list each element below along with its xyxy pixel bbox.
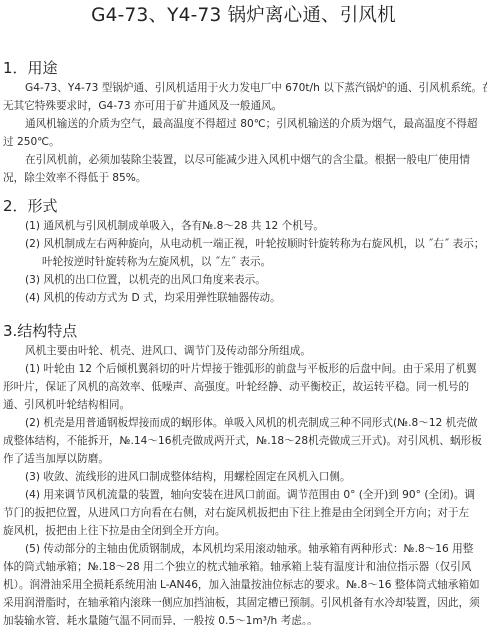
paragraph-line: 成整体结构，不能拆开，№.14～16机壳做成两开式，№.18～28机壳做成三开式… xyxy=(3,432,482,450)
paragraph-line: 通风机输送的介质为空气，最高温度不得超过 80℃；引风机输送的介质为烟气，最高温… xyxy=(25,115,478,133)
paragraph-line: 无其它特殊要求时，G4-73 亦可用于矿井通风及一般通风。 xyxy=(3,97,282,115)
section-heading-form: 2．形式 xyxy=(3,196,58,216)
paragraph-line: 通、引风机叶轮结构相同。 xyxy=(3,396,130,414)
list-item: (1) 通风机与引风机制成单吸入，各有№.8～28 共 12 个机号。 xyxy=(25,217,324,235)
paragraph-line: 风机主要由叶轮、机壳、进风口、调节门及传动部分所组成。 xyxy=(25,342,311,360)
paragraph-line: (2) 机壳是用普通钢板焊接而成的蜗形体。单吸入风机的机壳制成三种不同形式(№.… xyxy=(25,414,477,432)
paragraph-line: 节门的扳把位置，从进风口方向看在右侧，对右旋风机扳把由下往上推是由全闭到全开方向… xyxy=(3,504,469,522)
paragraph-line: 过 250℃。 xyxy=(3,133,60,151)
list-item: (2) 风机制成左右两种旋向，从电动机一端正视，叶轮按顺时针旋转称为右旋风机，以… xyxy=(25,235,484,253)
paragraph-line: (4) 用来调节风机流量的装置，轴向安装在进风口前面。调节范围由 0° (全开)… xyxy=(25,486,475,504)
paragraph-line: 体的筒式轴承箱；№.18～28 用二个独立的枕式轴承箱。轴承箱上装有温度计和油位… xyxy=(3,558,471,576)
paragraph-line: 在引风机前，必须加装除尘装置，以尽可能减少进入风机中烟气的含尘量。根据一般电厂使… xyxy=(25,151,470,169)
section-heading-usage: 1．用途 xyxy=(3,58,58,78)
paragraph-line: (3) 收敛、流线形的进风口制成整体结构，用螺栓固定在风机入口侧。 xyxy=(25,468,351,486)
paragraph-line: 采用润滑脂时，在轴承箱内滚珠一侧应加挡油板，其固定槽已预制。引风机备有水冷却装置… xyxy=(3,594,480,612)
paragraph-line: G4-73、Y4-73 型锅炉通、引风机适用于火力发电厂中 670t/h 以下蒸… xyxy=(25,79,487,97)
list-item: (4) 风机的传动方式为 D 式，均采用弹性联轴器传动。 xyxy=(25,289,281,307)
section-heading-structure: 3.结构特点 xyxy=(3,321,77,341)
list-item-continuation: 叶轮按逆时针旋转称为左旋风机，以 ˝左˝ 表示。 xyxy=(42,253,271,271)
paragraph-line: 作了适当加厚以防磨。 xyxy=(3,450,109,468)
paragraph-line: 形叶片，保证了风机的高效率、低噪声、高强度。叶轮经静、动平衡校正，故运转平稳。同… xyxy=(3,378,469,396)
list-item: (3) 风机的出口位置，以机壳的出风口角度来表示。 xyxy=(25,271,266,289)
paragraph-line: 机）。润滑油采用全损耗系统用油 L-AN46，加入油量按油位标志的要求。№.8～… xyxy=(3,576,480,594)
document-page: G4-73、Y4-73 锅炉离心通、引风机 1．用途 G4-73、Y4-73 型… xyxy=(0,0,487,625)
paragraph-line: 加装输水管，耗水量随气温不同而异，一般按 0.5～1m³/h 考虑。。 xyxy=(3,612,318,625)
paragraph-line: (1) 叶轮由 12 个后倾机翼斜切的叶片焊接于锥弧形的前盘与平板形的后盘中间。… xyxy=(25,360,477,378)
paragraph-line: (5) 传动部分的主轴由优质钢制成，本风机均采用滚动轴承。轴承箱有两种形式：№.… xyxy=(25,540,473,558)
paragraph-line: 旋风机，扳把由上往下拉是由全闭到全开方向。 xyxy=(3,522,225,540)
document-title: G4-73、Y4-73 锅炉离心通、引风机 xyxy=(0,4,487,28)
paragraph-line: 况，除尘效率不得低于 85%。 xyxy=(3,169,146,187)
